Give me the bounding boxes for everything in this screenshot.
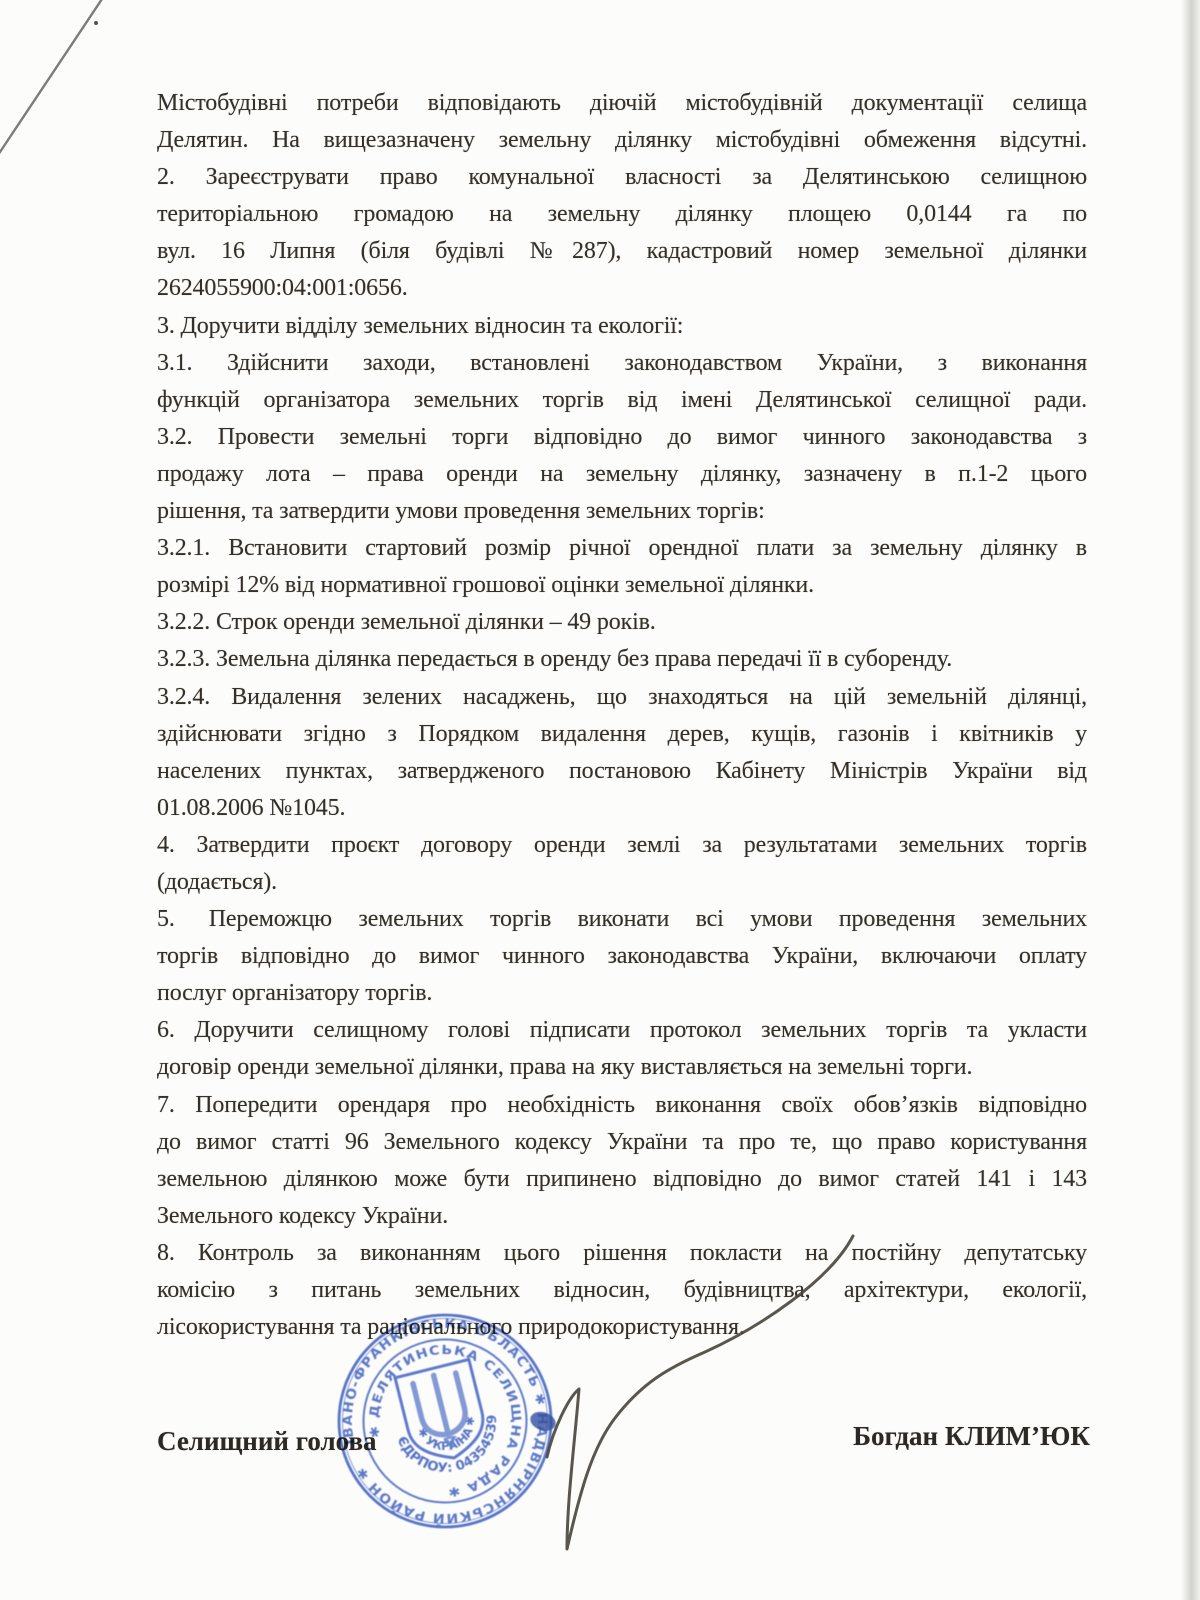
- document-line: населених пунктах, затвердженого постано…: [157, 753, 1087, 790]
- scanned-document-page: Містобудівні потреби відповідають діючій…: [0, 0, 1200, 1600]
- document-line: 3.2.3. Земельна ділянка передається в ор…: [157, 641, 1087, 678]
- document-line: 5.Переможцю земельних торгів виконати вс…: [157, 901, 1087, 938]
- document-line: 2. Зареєструвати право комунальної власн…: [157, 159, 1087, 196]
- document-line: 3.1. Здійснити заходи, встановлені закон…: [157, 345, 1087, 382]
- document-body: Містобудівні потреби відповідають діючій…: [157, 85, 1087, 1346]
- document-line: розмірі 12% від нормативної грошової оці…: [157, 567, 1087, 604]
- document-line: договір оренди земельної ділянки, права …: [157, 1049, 1087, 1086]
- document-line: рішення, та затвердити умови проведення …: [157, 493, 1087, 530]
- document-line: Делятин. На вищезазначену земельну ділян…: [157, 122, 1087, 159]
- scan-fold-line: [0, 0, 130, 170]
- scan-edge-shadow: [1181, 0, 1200, 1600]
- document-line: (додається).: [157, 864, 1087, 901]
- handwritten-signature: [500, 1200, 900, 1600]
- document-line: земельною ділянкою може бути припинено в…: [157, 1161, 1087, 1198]
- document-line: 3.2.4. Видалення зелених насаджень, що з…: [157, 679, 1087, 716]
- document-line: 01.08.2006 №1045.: [157, 790, 1087, 827]
- document-line: територіальною громадою на земельну діля…: [157, 196, 1087, 233]
- document-line: до вимог статті 96 Земельного кодексу Ук…: [157, 1124, 1087, 1161]
- document-line: 3.2. Провести земельні торги відповідно …: [157, 419, 1087, 456]
- document-line: послуг організатору торгів.: [157, 975, 1087, 1012]
- document-line: 4. Затвердити проєкт договору оренди зем…: [157, 827, 1087, 864]
- document-line: функцій організатора земельних торгів ві…: [157, 382, 1087, 419]
- document-line: 2624055900:04:001:0656.: [157, 270, 1087, 307]
- document-line: здійснювати згідно з Порядком видалення …: [157, 716, 1087, 753]
- document-line: 3.2.2. Строк оренди земельної ділянки – …: [157, 604, 1087, 641]
- document-line: 3.2.1. Встановити стартовий розмір річно…: [157, 530, 1087, 567]
- document-line: 7. Попередити орендаря про необхідність …: [157, 1087, 1087, 1124]
- document-line: 6. Доручити селищному голові підписати п…: [157, 1012, 1087, 1049]
- document-line: Містобудівні потреби відповідають діючій…: [157, 85, 1087, 122]
- document-line: вул. 16 Липня (біля будівлі №287), кадас…: [157, 233, 1087, 270]
- document-line: 3. Доручити відділу земельних відносин т…: [157, 308, 1087, 345]
- document-line: торгів відповідно до вимог чинного закон…: [157, 938, 1087, 975]
- document-line: продажу лота – права оренди на земельну …: [157, 456, 1087, 493]
- scan-speck: [94, 21, 98, 25]
